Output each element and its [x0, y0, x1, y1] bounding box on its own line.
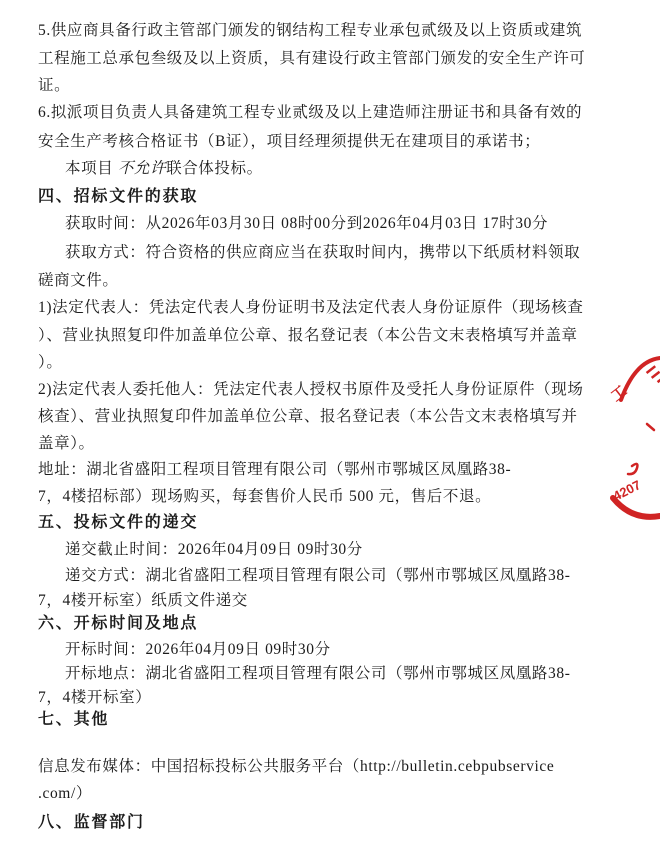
address-line: 地址：湖北省盛阳工程项目管理有限公司（鄂州市鄂城区凤凰路38- — [38, 460, 511, 480]
opening-place-line: 开标地点：湖北省盛阳工程项目管理有限公司（鄂州市鄂城区凤凰路38- — [65, 664, 570, 684]
submission-method-line: 递交方式：湖北省盛阳工程项目管理有限公司（鄂州市鄂城区凤凰路38- — [65, 566, 570, 586]
doc-line: 6.拟派项目负责人具备建筑工程专业贰级及以上建造师注册证书和具备有效的 — [38, 103, 582, 123]
doc-line: 7，4楼招标部）现场购买，每套售价人民币 500 元，售后不退。 — [38, 487, 491, 507]
obtain-time-line: 获取时间：从2026年03月30日 08时00分到2026年04月03日 17时… — [65, 214, 548, 234]
note-suffix: 联合体投标。 — [166, 160, 263, 177]
obtain-method-line: 获取方式：符合资格的供应商应当在获取时间内，携带以下纸质材料领取 — [65, 243, 580, 263]
doc-line: 2)法定代表人委托他人：凭法定代表人授权书原件及受托人身份证原件（现场 — [38, 380, 583, 400]
section-heading-bid-opening: 六、开标时间及地点 — [38, 614, 198, 634]
doc-line: 安全生产考核合格证书（B证），项目经理须提供无在建项目的承诺书； — [38, 132, 540, 152]
document-page: 5.供应商具备行政主管部门颁发的钢结构工程专业承包贰级及以上资质或建筑 工程施工… — [0, 0, 660, 862]
opening-time-line: 开标时间：2026年04月09日 09时30分 — [65, 640, 331, 660]
seal-mark — [628, 464, 637, 474]
section-heading-doc-obtain: 四、招标文件的获取 — [38, 187, 198, 207]
doc-line: 工程施工总承包叁级及以上资质，具有建设行政主管部门颁发的安全生产许可 — [38, 49, 585, 69]
seal-mark — [647, 424, 654, 430]
seal-char-fragment — [647, 366, 660, 384]
section-heading-other: 七、其他 — [38, 710, 109, 730]
doc-line: ）、营业执照复印件加盖单位公章、报名登记表（本公告文末表格填写并盖章 — [38, 326, 578, 346]
doc-line: .com/） — [38, 784, 92, 804]
doc-line: ）。 — [38, 353, 62, 373]
doc-line: 磋商文件。 — [38, 271, 119, 291]
note-emphasis: 不允许 — [118, 160, 166, 177]
note-prefix: 本项目 — [65, 160, 118, 177]
doc-line: 盖章）。 — [38, 434, 95, 454]
media-line: 信息发布媒体：中国招标投标公共服务平台（http://bulletin.cebp… — [38, 757, 554, 777]
section-heading-bid-submission: 五、投标文件的递交 — [38, 513, 198, 533]
submission-deadline-line: 递交截止时间：2026年04月09日 09时30分 — [65, 540, 363, 560]
doc-line: 5.供应商具备行政主管部门颁发的钢结构工程专业承包贰级及以上资质或建筑 — [38, 21, 582, 41]
doc-line: 7，4楼开标室）纸质文件递交 — [38, 591, 248, 611]
doc-line: 核查）、营业执照复印件加盖单位公章、报名登记表（本公告文末表格填写并 — [38, 407, 578, 427]
doc-line: 1)法定代表人：凭法定代表人身份证明书及法定代表人身份证原件（现场核查 — [38, 298, 583, 318]
official-seal-partial: 工 4207 — [610, 350, 660, 525]
doc-line: 证。 — [38, 76, 70, 96]
doc-line: 7，4楼开标室） — [38, 688, 151, 708]
no-consortium-note: 本项目 不允许联合体投标。 — [65, 159, 263, 179]
section-heading-supervision: 八、监督部门 — [38, 813, 145, 833]
